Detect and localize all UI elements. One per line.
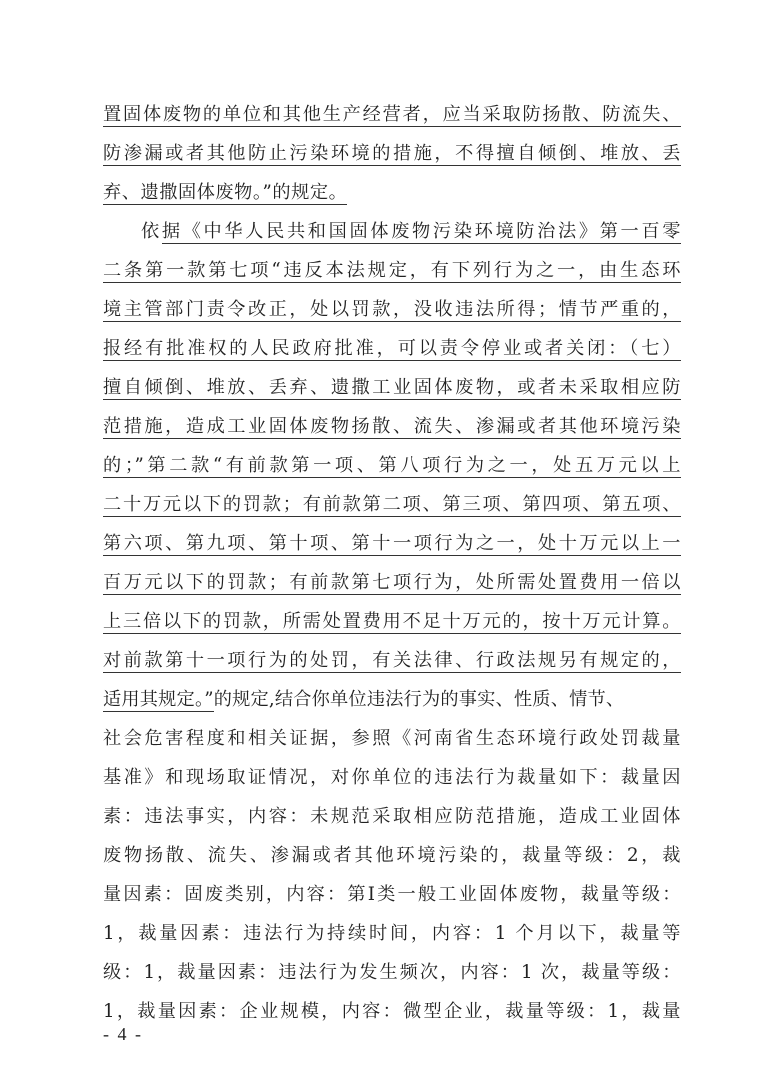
text-line-16: 适用其规定。”的规定,结合你单位违法行为的事实、性质、情节、 (103, 685, 681, 715)
paragraph-start-text: 依 (141, 221, 162, 242)
plain-text: 社会危害程度和相关证据，参照《河南省生态环境行政处罚裁量 (103, 728, 681, 749)
text-line-21: 量因素：固废类别，内容：第Ⅰ类一般工业固体废物，裁量等级： (103, 880, 681, 910)
text-line-10: 的；”第二款“有前款第一项、第八项行为之一，处五万元以上 (103, 451, 681, 481)
plain-text: 级：1，裁量因素：违法行为发生频次，内容：1 次，裁量等级： (103, 962, 681, 983)
text-line-19: 素：违法事实，内容：未规范采取相应防范措施，造成工业固体 (103, 802, 681, 832)
text-line-12: 第六项、第九项、第十项、第十一项行为之一，处十万元以上一 (103, 529, 681, 559)
underlined-text: 二条第一款第七项“违反本法规定，有下列行为之一，由生态环 (103, 260, 681, 283)
text-line-2: 防渗漏或者其他防止污染环境的措施，不得擅自倾倒、堆放、丢 (103, 139, 681, 169)
underlined-text: 百万元以下的罚款；有前款第七项行为，处所需处置费用一倍以 (103, 572, 681, 595)
underlined-text: 擅自倾倒、堆放、丢弃、遗撒工业固体废物，或者未采取相应防 (103, 377, 681, 400)
text-line-14: 上三倍以下的罚款，所需处置费用不足十万元的，按十万元计算。 (103, 607, 681, 637)
text-line-7: 报经有批准权的人民政府批准，可以责令停业或者关闭：（七） (103, 334, 681, 364)
text-line-5: 二条第一款第七项“违反本法规定，有下列行为之一，由生态环 (103, 256, 681, 286)
underlined-text: 对前款第十一项行为的处罚，有关法律、行政法规另有规定的， (103, 650, 681, 673)
underlined-text: 弃、遗撒固体废物。”的规定。 (103, 182, 347, 205)
text-line-13: 百万元以下的罚款；有前款第七项行为，处所需处置费用一倍以 (103, 568, 681, 598)
text-line-11: 二十万元以下的罚款；有前款第二项、第三项、第四项、第五项、 (103, 490, 681, 520)
text-line-9: 范措施，造成工业固体废物扬散、流失、渗漏或者其他环境污染 (103, 412, 681, 442)
document-page: 置固体废物的单位和其他生产经营者，应当采取防扬散、防流失、 防渗漏或者其他防止污… (0, 0, 769, 1088)
underlined-text: 境主管部门责令改正，处以罚款，没收违法所得；情节严重的， (103, 299, 681, 322)
underlined-text: 上三倍以下的罚款，所需处置费用不足十万元的，按十万元计算。 (103, 611, 681, 634)
plain-text: 的规定,结合你单位违法行为的事实、性质、情节、 (214, 689, 625, 710)
text-line-22: 1，裁量因素：违法行为持续时间，内容：1 个月以下，裁量等 (103, 919, 681, 949)
text-line-23: 级：1，裁量因素：违法行为发生频次，内容：1 次，裁量等级： (103, 958, 681, 988)
underlined-text: 的；”第二款“有前款第一项、第八项行为之一，处五万元以上 (103, 455, 681, 478)
underlined-text: 范措施，造成工业固体废物扬散、流失、渗漏或者其他环境污染 (103, 416, 681, 439)
underlined-text: 适用其规定。” (103, 689, 214, 712)
text-line-17: 社会危害程度和相关证据，参照《河南省生态环境行政处罚裁量 (103, 724, 681, 754)
text-line-8: 擅自倾倒、堆放、丢弃、遗撒工业固体废物，或者未采取相应防 (103, 373, 681, 403)
plain-text: 量因素：固废类别，内容：第Ⅰ类一般工业固体废物，裁量等级： (103, 884, 681, 905)
underlined-text: 防渗漏或者其他防止污染环境的措施，不得擅自倾倒、堆放、丢 (103, 143, 681, 166)
text-line-20: 废物扬散、流失、渗漏或者其他环境污染的，裁量等级：2，裁 (103, 841, 681, 871)
plain-text: 素：违法事实，内容：未规范采取相应防范措施，造成工业固体 (103, 806, 681, 827)
text-line-3: 弃、遗撒固体废物。”的规定。 (103, 178, 681, 208)
text-line-6: 境主管部门责令改正，处以罚款，没收违法所得；情节严重的， (103, 295, 681, 325)
text-line-4: 依据《中华人民共和国固体废物污染环境防治法》第一百零 (103, 217, 681, 247)
plain-text: 1，裁量因素：企业规模，内容：微型企业，裁量等级：1，裁量 (103, 1001, 681, 1022)
underlined-text: 置固体废物的单位和其他生产经营者，应当采取防扬散、防流失、 (103, 104, 681, 127)
plain-text: 1，裁量因素：违法行为持续时间，内容：1 个月以下，裁量等 (103, 923, 681, 944)
plain-text: 废物扬散、流失、渗漏或者其他环境污染的，裁量等级：2，裁 (103, 845, 681, 866)
text-line-18: 基准》和现场取证情况，对你单位的违法行为裁量如下：裁量因 (103, 763, 681, 793)
text-line-15: 对前款第十一项行为的处罚，有关法律、行政法规另有规定的， (103, 646, 681, 676)
text-line-1: 置固体废物的单位和其他生产经营者，应当采取防扬散、防流失、 (103, 100, 681, 130)
underlined-text: 第六项、第九项、第十项、第十一项行为之一，处十万元以上一 (103, 533, 681, 556)
underlined-text: 据《中华人民共和国固体废物污染环境防治法》第一百零 (162, 221, 681, 244)
underlined-text: 报经有批准权的人民政府批准，可以责令停业或者关闭：（七） (103, 338, 681, 361)
underlined-text: 二十万元以下的罚款；有前款第二项、第三项、第四项、第五项、 (103, 494, 681, 517)
page-number: - 4 - (103, 1024, 143, 1045)
plain-text: 基准》和现场取证情况，对你单位的违法行为裁量如下：裁量因 (103, 767, 681, 788)
text-line-24: 1，裁量因素：企业规模，内容：微型企业，裁量等级：1，裁量 (103, 997, 681, 1027)
